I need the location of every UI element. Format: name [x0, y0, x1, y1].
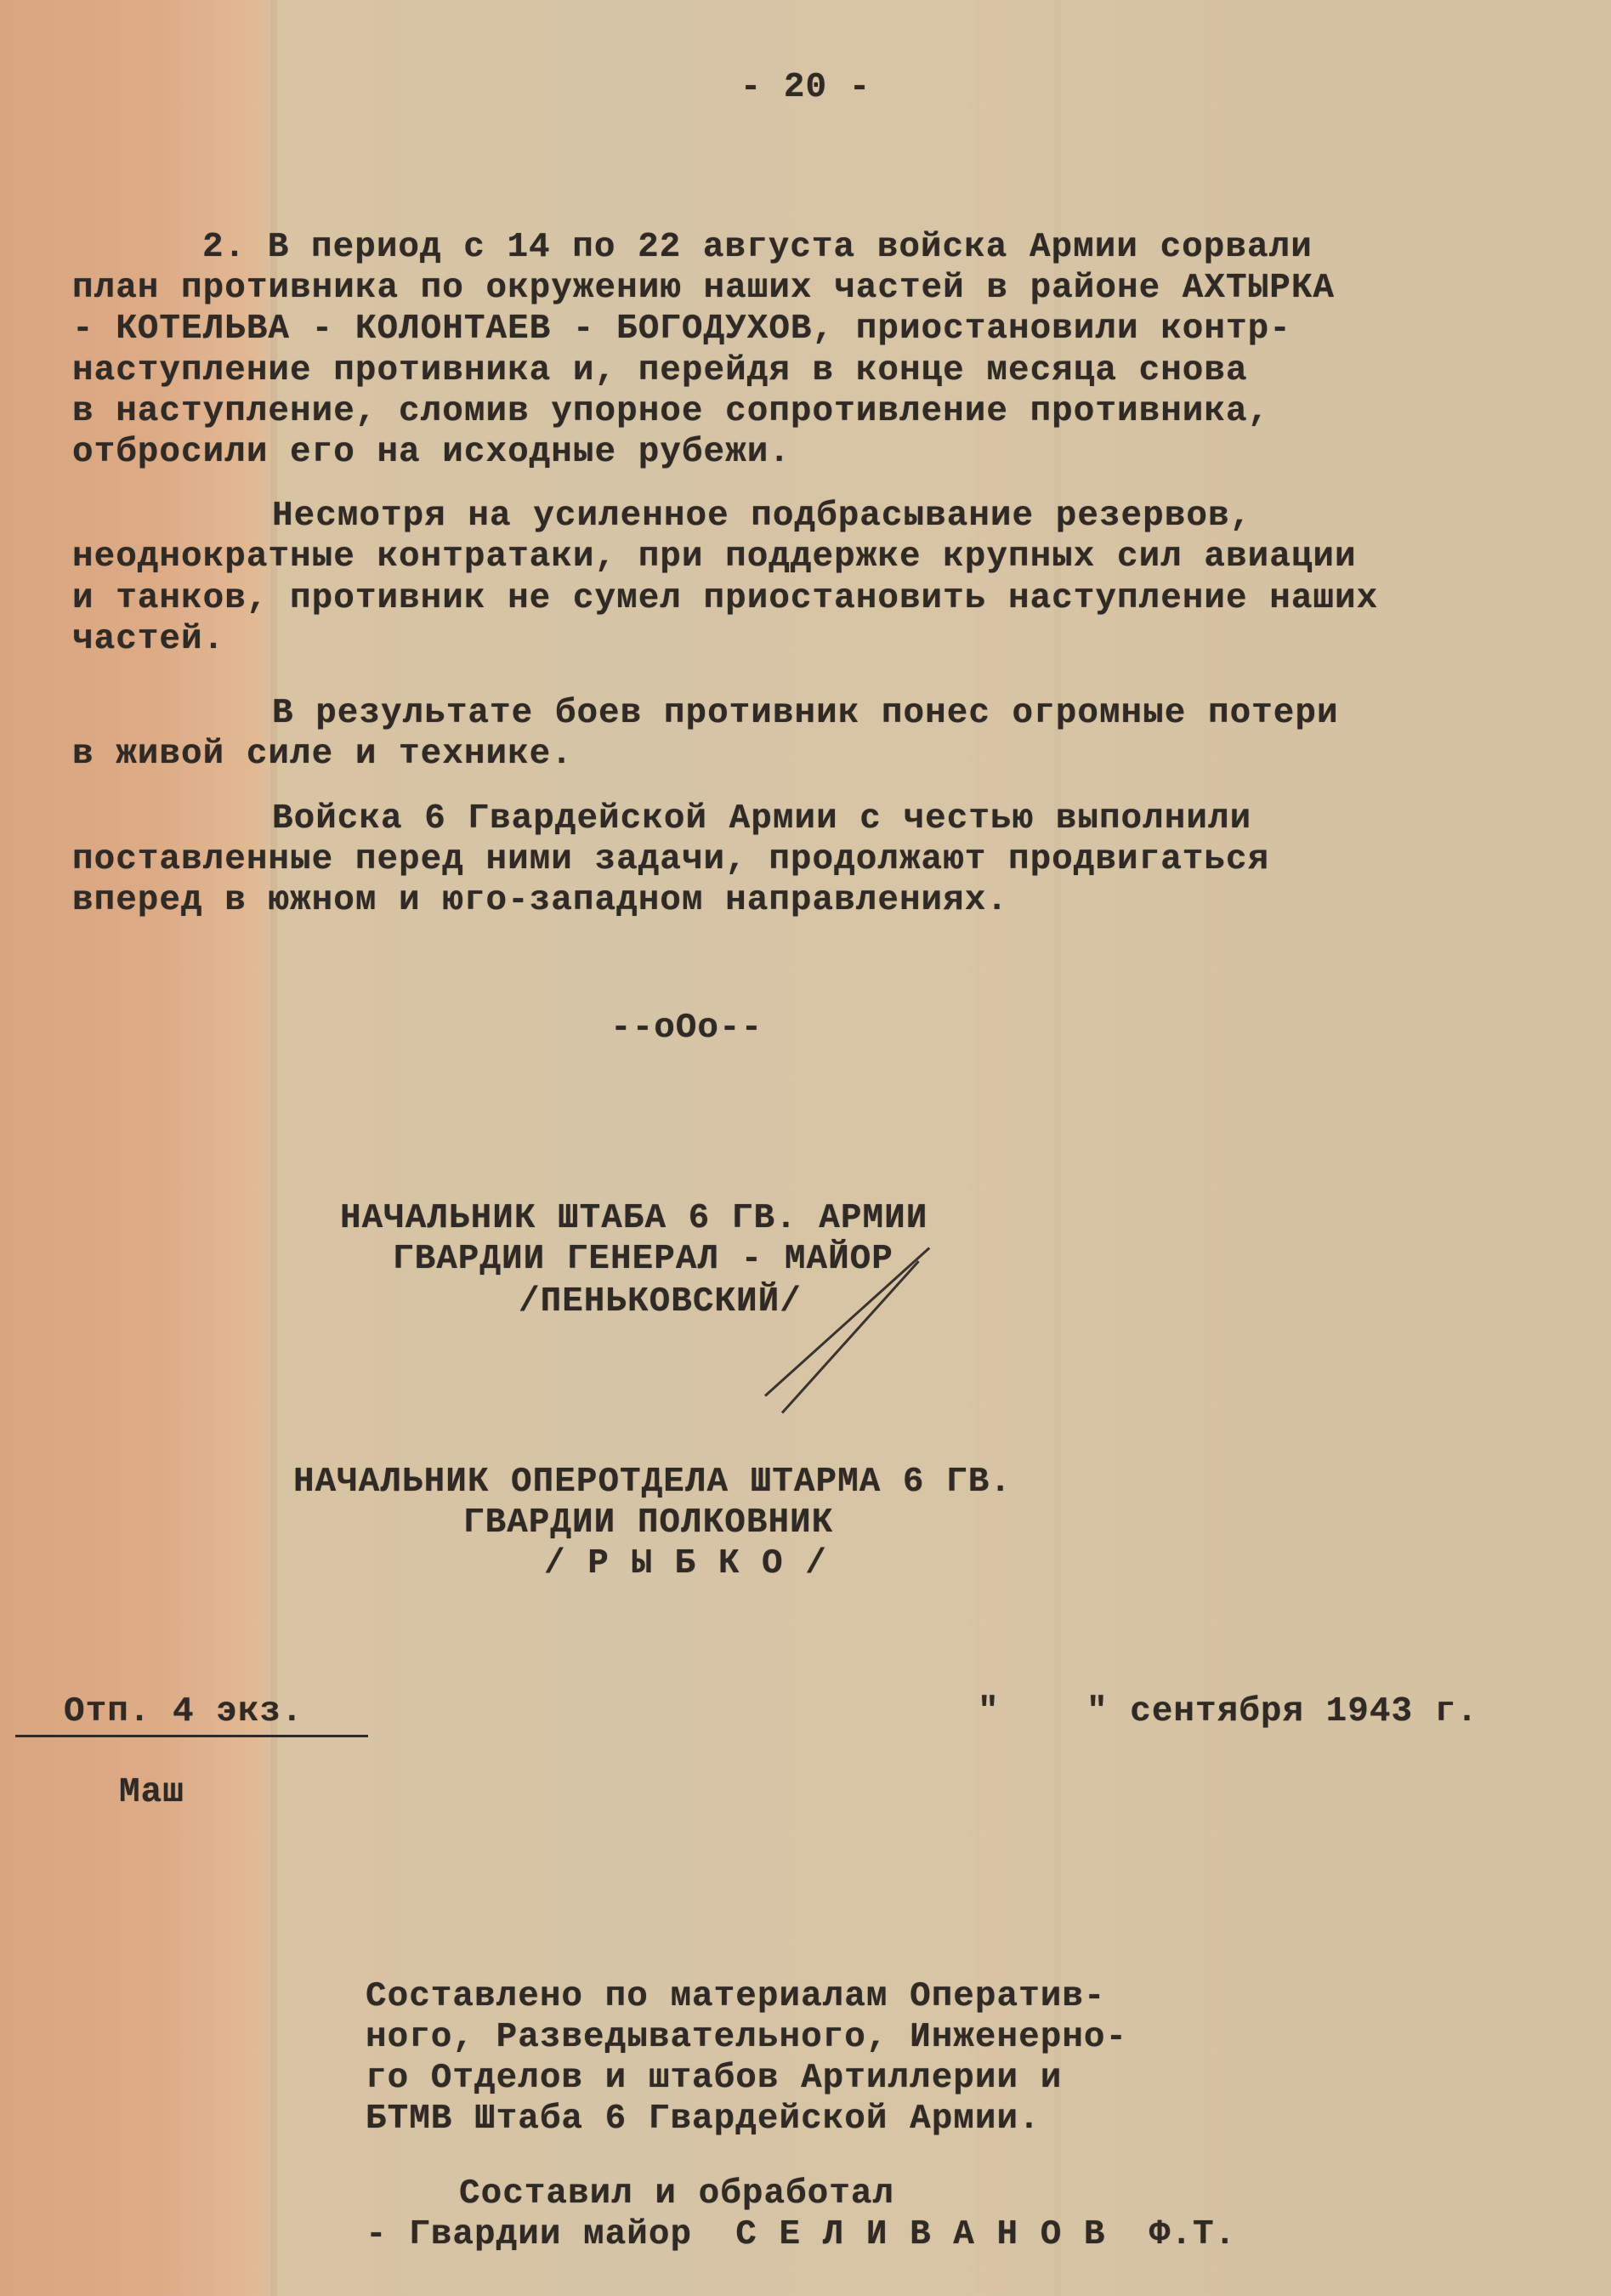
compiled-by-name: - Гвардии майор С Е Л И В А Н О В Ф.Т. [366, 2215, 1236, 2254]
compiled-note-line: Составлено по материалам Оператив- [366, 1977, 1106, 2016]
section-separator: --oOo-- [610, 1009, 763, 1048]
compiled-by-label: Составил и обработал [459, 2174, 894, 2214]
paragraph-2-line: Несмотря на усиленное подбрасывание резе… [272, 497, 1251, 536]
signature-2-name: / Р Ы Б К О / [544, 1544, 827, 1583]
paragraph-4-line: Войска 6 Гвардейской Армии с честью выпо… [272, 799, 1251, 838]
paragraph-1-line: 2. В период с 14 по 22 августа войска Ар… [202, 228, 1313, 267]
compiled-note-line: го Отделов и штабов Артиллерии и [366, 2059, 1062, 2098]
handwritten-signature-stroke [781, 1260, 920, 1413]
paragraph-1-line: в наступление, сломив упорное сопротивле… [72, 392, 1269, 431]
paragraph-1-line: отбросили его на исходные рубежи. [72, 433, 791, 472]
paragraph-4-line: поставленные перед ними задачи, продолжа… [72, 840, 1269, 879]
signature-1-name: /ПЕНЬКОВСКИЙ/ [519, 1282, 802, 1321]
document-date: " " сентября 1943 г. [978, 1692, 1478, 1731]
paragraph-2-line: и танков, противник не сумел приостанови… [72, 579, 1378, 618]
paragraph-2-line: неоднократные контратаки, при поддержке … [72, 537, 1357, 577]
paragraph-3-line: в живой силе и технике. [72, 735, 573, 774]
paragraph-4-line: вперед в южном и юго-западном направлени… [72, 881, 1008, 920]
paragraph-3-line: В результате боев противник понес огромн… [272, 694, 1339, 733]
copies-underline [15, 1735, 368, 1737]
compiled-note-line: БТМВ Штаба 6 Гвардейской Армии. [366, 2100, 1041, 2139]
signature-2-title: НАЧАЛЬНИК ОПЕРОТДЕЛА ШТАРМА 6 ГВ. [293, 1463, 1012, 1502]
typist-mark: Маш [119, 1773, 184, 1812]
paragraph-1-line: план противника по окружению наших часте… [72, 269, 1335, 308]
compiled-note-line: ного, Разведывательного, Инженерно- [366, 2018, 1127, 2057]
signature-2-rank: ГВАРДИИ ПОЛКОВНИК [463, 1503, 833, 1543]
signature-1-rank: ГВАРДИИ ГЕНЕРАЛ - МАЙОР [393, 1240, 893, 1279]
page-number: - 20 - [0, 68, 1611, 107]
paragraph-1-line: наступление противника и, перейдя в конц… [72, 351, 1248, 390]
paragraph-1-line: - КОТЕЛЬВА - КОЛОНТАЕВ - БОГОДУХОВ, прио… [72, 310, 1291, 349]
signature-1-title: НАЧАЛЬНИК ШТАБА 6 ГВ. АРМИИ [340, 1199, 927, 1238]
paragraph-2-line: частей. [72, 620, 224, 659]
copies-count: Отп. 4 экз. [64, 1692, 303, 1731]
